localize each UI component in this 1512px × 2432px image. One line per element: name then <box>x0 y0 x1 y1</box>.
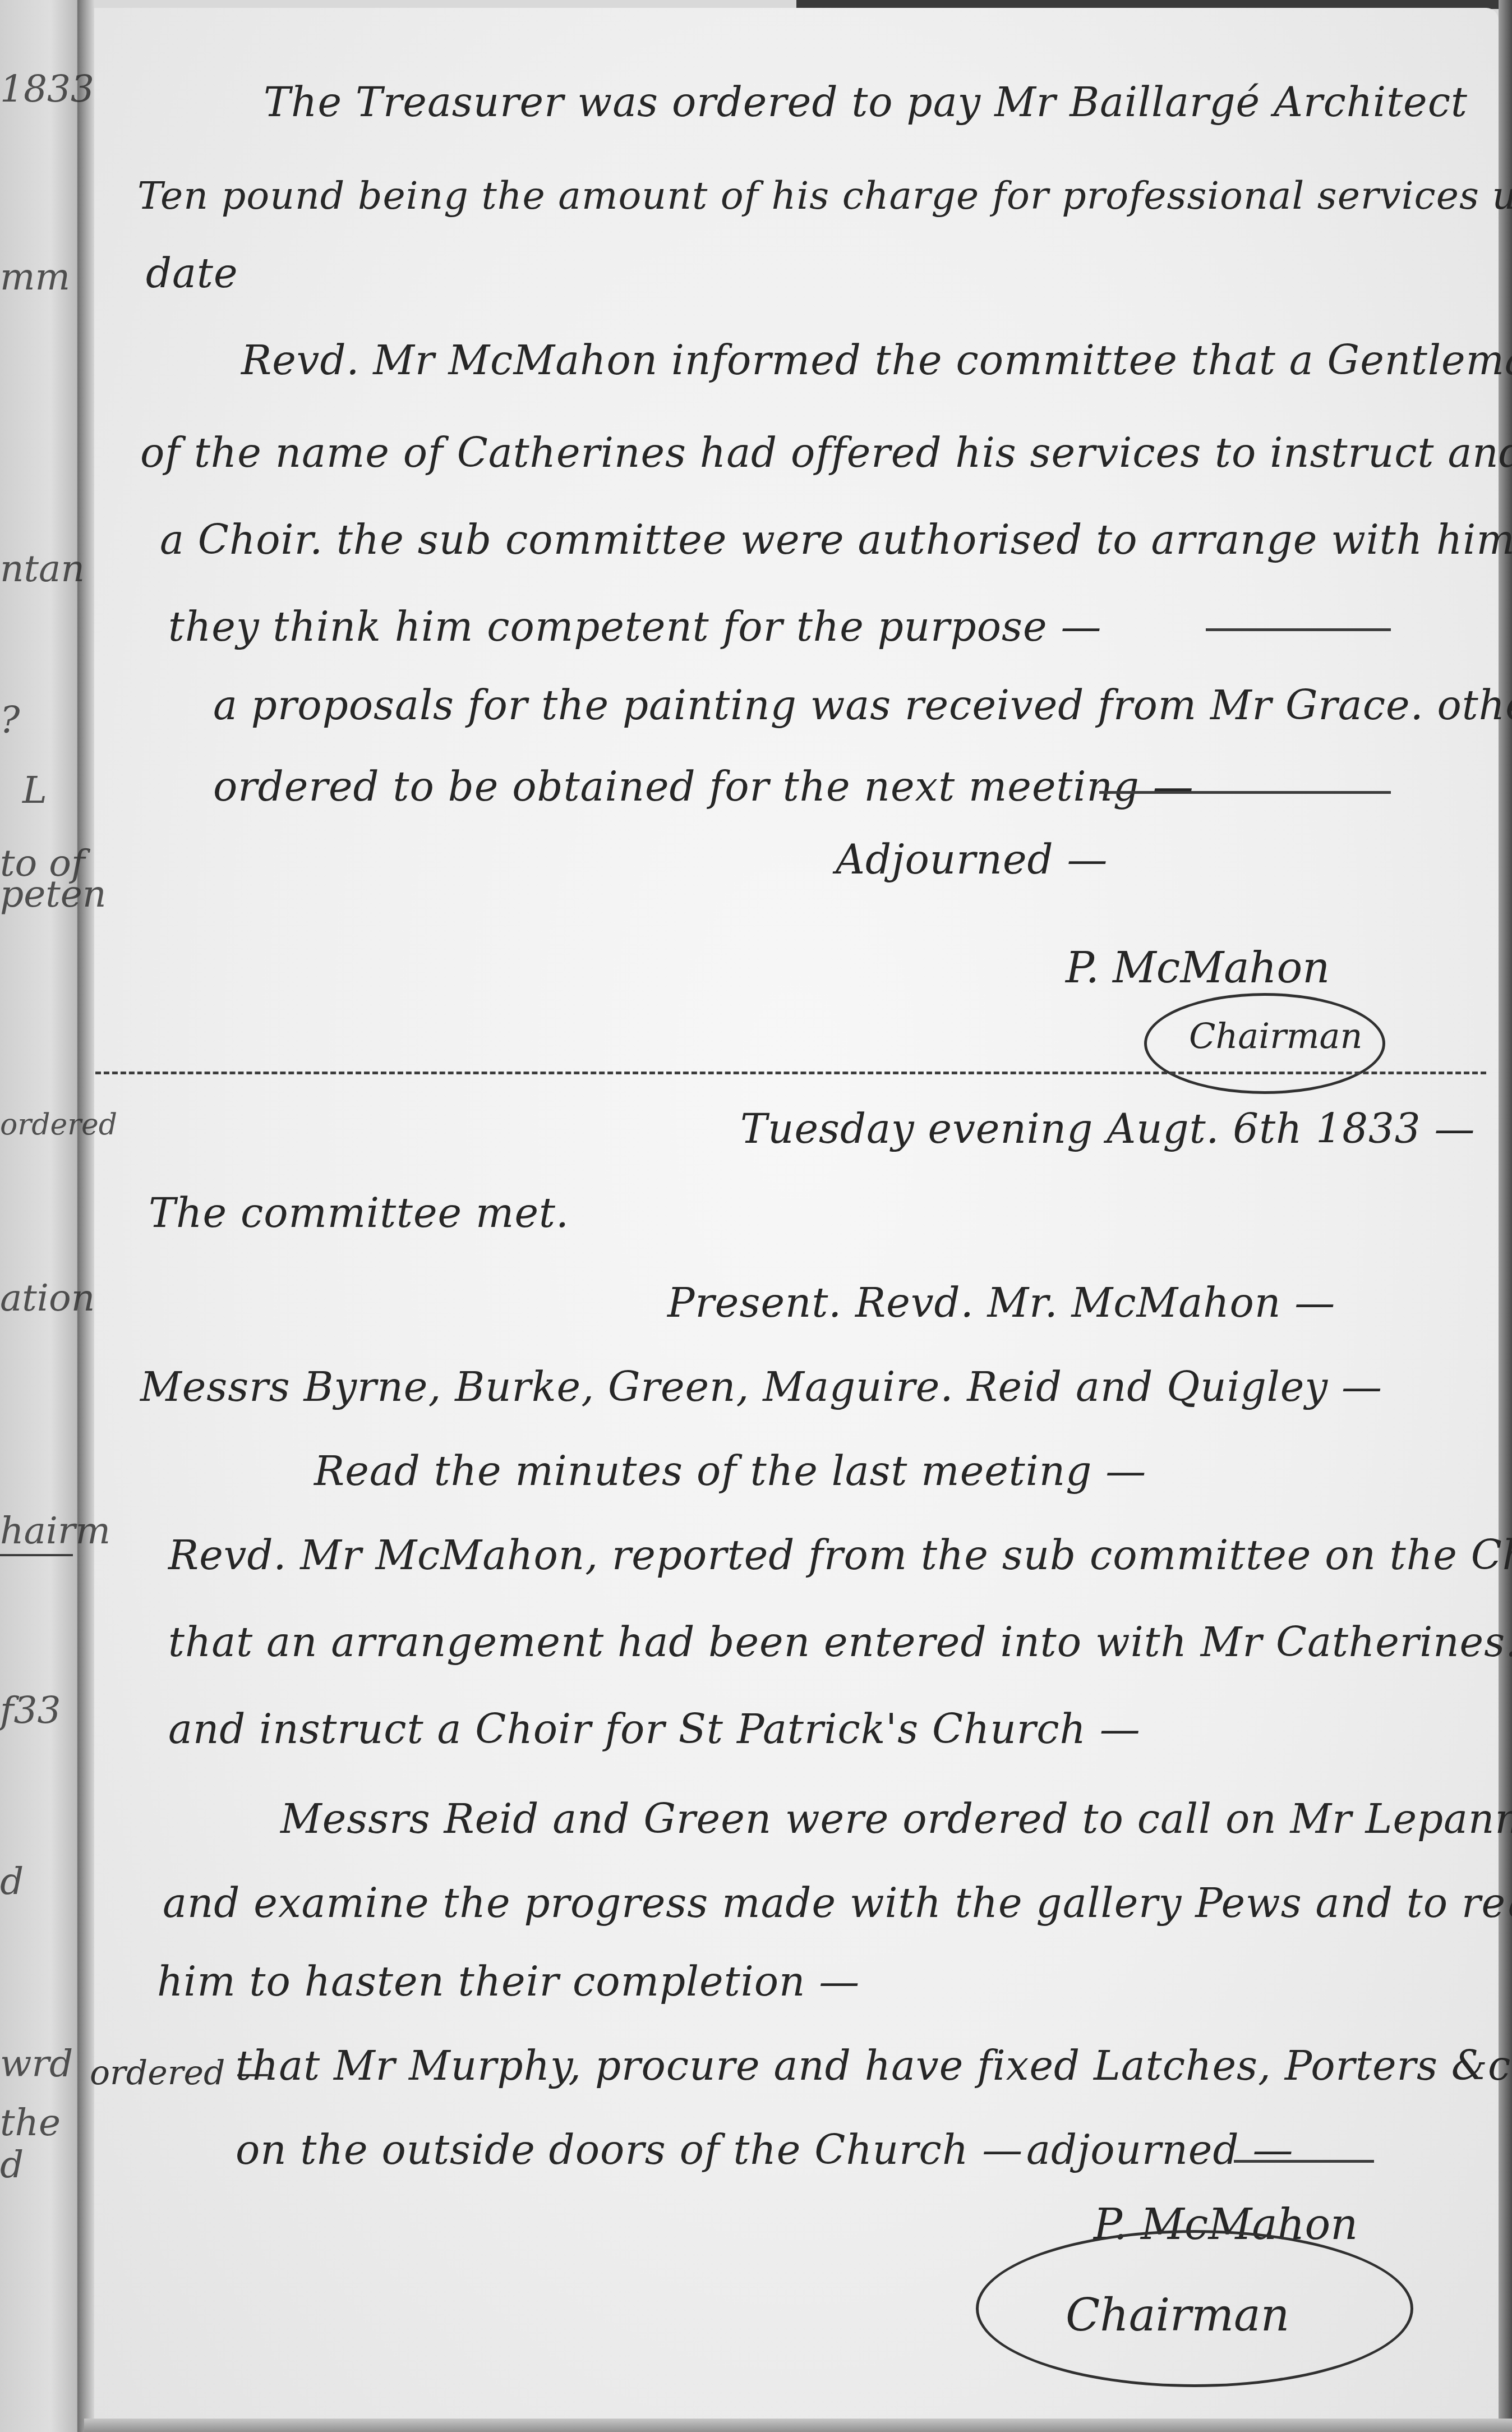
left-margin-fragment: ? <box>0 698 20 742</box>
attendance-members: Messrs Byrne, Burke, Green, Maguire. Rei… <box>140 1363 1382 1410</box>
entry-line: Ten pound being the amount of his charge… <box>137 174 1512 218</box>
entry-line: ordered to be obtained for the next meet… <box>213 763 1194 810</box>
left-margin-fragment: ntan <box>0 547 85 590</box>
meeting-date: Tuesday evening Augt. 6th 1833 — <box>740 1105 1475 1152</box>
left-margin-fragment: d <box>0 2143 24 2186</box>
entry-line: him to hasten their completion — <box>157 1958 860 2005</box>
entry-line: they think him competent for the purpose… <box>168 603 1102 650</box>
adjourned-label: adjourned — <box>1026 2126 1293 2173</box>
entry-line: of the name of Catherines had offered hi… <box>140 429 1512 476</box>
left-page-rule <box>0 1554 73 1556</box>
entry-line: Revd. Mr McMahon informed the committee … <box>241 337 1512 384</box>
section-separator <box>95 1072 1486 1074</box>
entry-line: date <box>146 250 238 297</box>
left-margin-fragment: hairm <box>0 1509 110 1552</box>
line-filler-rule <box>1234 2160 1374 2163</box>
entry-line: and instruct a Choir for St Patrick's Ch… <box>168 1705 1141 1753</box>
minutes-read: Read the minutes of the last meeting — <box>314 1447 1146 1495</box>
entry-line: Revd. Mr McMahon, reported from the sub … <box>168 1532 1512 1579</box>
left-margin-fragment: ordered <box>0 1108 117 1142</box>
scan-bottom-edge <box>84 2419 1512 2432</box>
left-margin-fragment: f33 <box>0 1689 61 1732</box>
meeting-opening: The committee met. <box>149 1189 569 1236</box>
left-margin-fragment: mm <box>0 255 70 298</box>
line-filler-rule <box>1206 628 1391 631</box>
left-margin-fragment: d <box>0 1860 24 1903</box>
entry-line: and examine the progress made with the g… <box>163 1879 1512 1927</box>
signature-title: Chairman <box>1189 1015 1363 1056</box>
left-margin-fragment: peten <box>0 872 106 916</box>
entry-line: Messrs Reid and Green were ordered to ca… <box>280 1795 1512 1842</box>
signature-name: P. McMahon <box>1066 943 1330 992</box>
entry-line: a Choir. the sub committee were authoris… <box>160 516 1512 563</box>
manuscript-scan: 1833 mm ntan ? L to of peten ordered ati… <box>0 0 1512 2432</box>
left-margin-fragment: the <box>0 2101 61 2144</box>
left-margin-fragment: wrd <box>0 2042 73 2085</box>
entry-line: a proposals for the painting was receive… <box>213 682 1512 729</box>
left-margin-fragment: L <box>22 769 47 812</box>
left-margin-fragment: ation <box>0 1276 95 1320</box>
entry-line: that an arrangement had been entered int… <box>168 1619 1512 1666</box>
left-margin-fragment: 1833 <box>0 67 94 111</box>
entry-line: The Treasurer was ordered to pay Mr Bail… <box>264 79 1468 126</box>
entry-line: that Mr Murphy, procure and have fixed L… <box>236 2042 1511 2089</box>
signature-title: Chairman <box>1066 2289 1289 2341</box>
adjourned-label: Adjourned — <box>836 836 1108 883</box>
line-filler-rule <box>1099 791 1391 794</box>
entry-line: on the outside doors of the Church — <box>236 2126 1023 2173</box>
attendance-present: Present. Revd. Mr. McMahon — <box>667 1279 1335 1326</box>
